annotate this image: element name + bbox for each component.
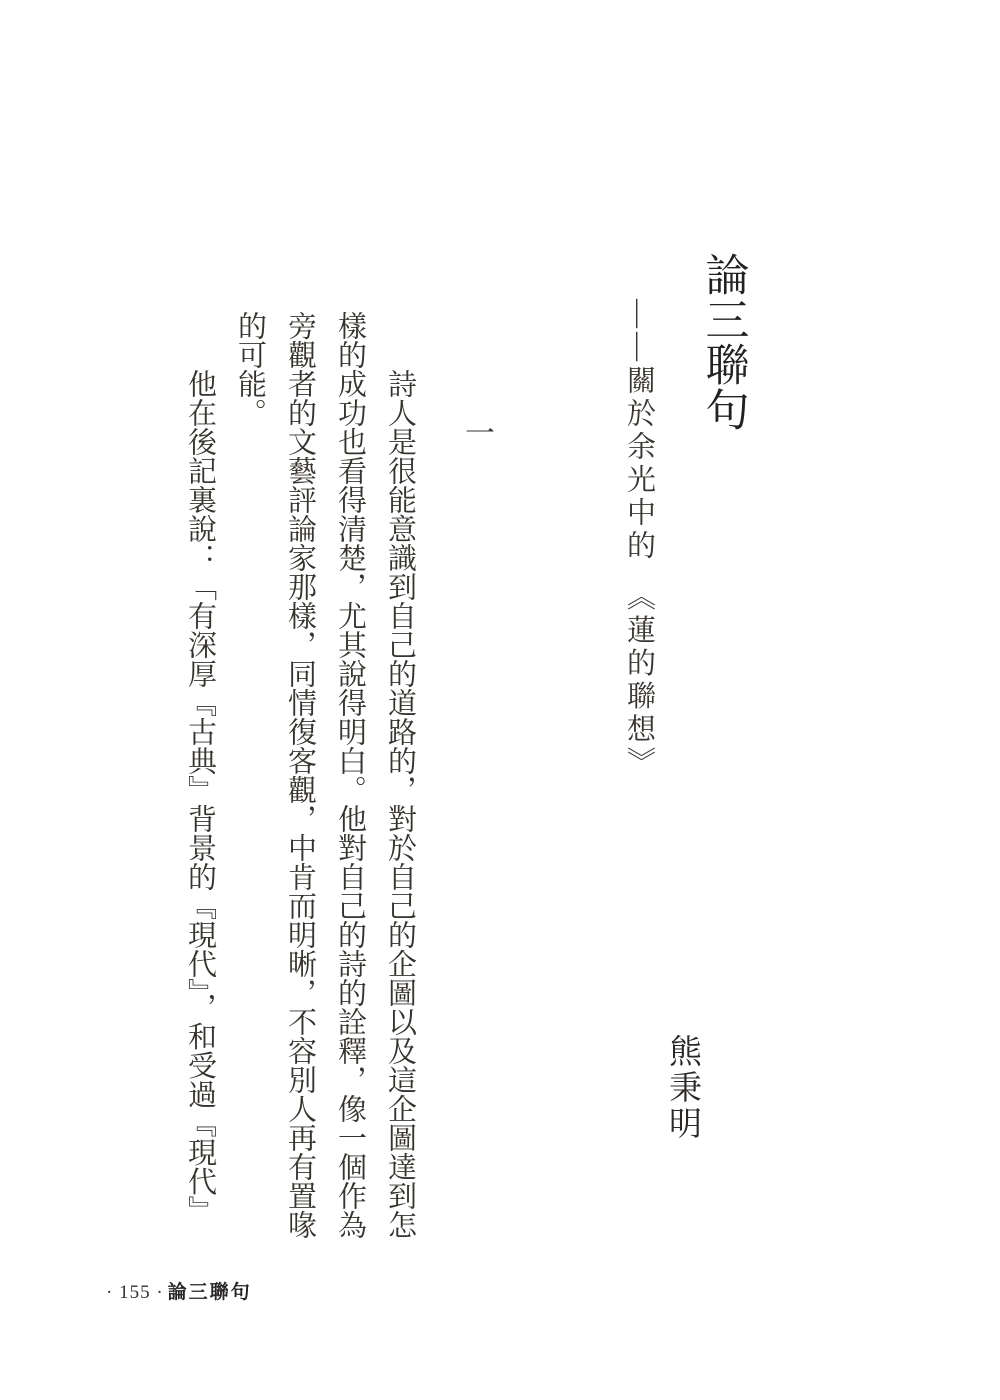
page-footer: · 155 ·論三聯句: [106, 1277, 252, 1304]
body-text: 詩人是很能意識到自己的道路的，對於自己的企圖以及這企圖達到怎 樣的成功也看得清楚…: [175, 311, 425, 1256]
chapter-subtitle: ——關於余光中的 《蓮的聯想》: [619, 299, 660, 780]
author-name: 熊秉明: [659, 1034, 706, 1142]
text-column: 他在後記裏說：「有深厚『古典』背景的『現代』，和受過『現代』: [175, 311, 225, 1256]
text-column: 樣的成功也看得清楚，尤其說得明白。他對自己的詩的詮釋，像一個作為: [325, 311, 375, 1256]
text-column: 詩人是很能意識到自己的道路的，對於自己的企圖以及這企圖達到怎: [375, 311, 425, 1256]
page-number: · 155 ·: [106, 1282, 164, 1303]
chapter-title: 論三聯句: [690, 252, 754, 432]
book-page: 論三聯句 ——關於余光中的 《蓮的聯想》 熊秉明 一 詩人是很能意識到自己的道路…: [0, 0, 1000, 1400]
text-column: 旁觀者的文藝評論家那樣，同情復客觀，中肯而明晰，不容別人再有置喙: [275, 311, 325, 1256]
footer-chapter-title: 論三聯句: [168, 1282, 252, 1303]
section-number: 一: [454, 417, 498, 447]
text-column: 的可能。: [225, 311, 275, 1256]
